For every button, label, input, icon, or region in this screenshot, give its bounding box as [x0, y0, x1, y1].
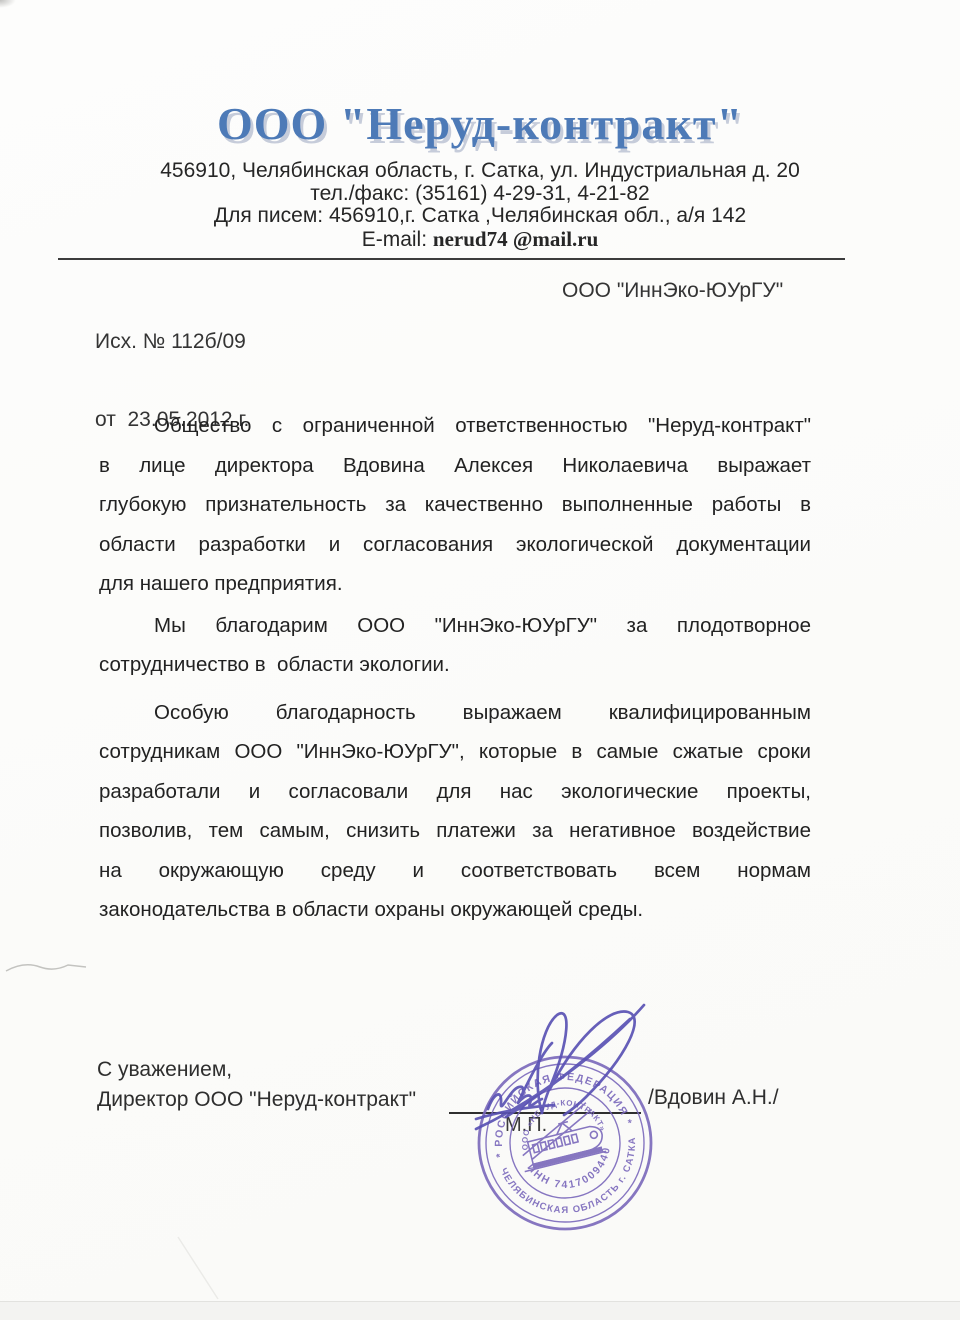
body-line: позволив, тем самым, снизить платежи за …	[99, 811, 811, 851]
letter-paper: ООО "Неруд-контракт" 456910, Челябинская…	[0, 0, 960, 1301]
handwritten-signature	[430, 985, 700, 1160]
body-line: разработали и согласовали для нас эколог…	[99, 772, 811, 812]
paragraph-2: Мы благодарим ООО "ИннЭко-ЮУрГУ" за плод…	[99, 606, 811, 685]
letter-body: Общество с ограниченной ответственностью…	[99, 406, 811, 930]
body-line: Общество с ограниченной ответственностью…	[99, 406, 811, 446]
signer-position: Директор ООО "Неруд-контракт"	[97, 1088, 416, 1112]
body-line: Особую благодарность выражаем квалифицир…	[99, 693, 811, 733]
outgoing-number: Исх. № 112б/09	[95, 329, 249, 355]
paper-crease-mark	[0, 945, 130, 1005]
postal-line: Для писем: 456910,г. Сатка ,Челябинская …	[0, 205, 960, 228]
paper-crease-mark-bottom	[160, 1235, 250, 1301]
scan-corner-smudge	[0, 0, 16, 8]
body-line: сотрудничество в области экологии.	[99, 645, 811, 685]
email-line: E-mail: nerud74 @mail.ru	[0, 228, 960, 252]
recipient: ООО "ИннЭко-ЮУрГУ"	[562, 279, 783, 303]
phone-fax-line: тел./факс: (35161) 4-29-31, 4-21-82	[0, 183, 960, 206]
body-line: на окружающую среду и соответствовать вс…	[99, 851, 811, 891]
body-line: глубокую признательность за качественно …	[99, 485, 811, 525]
scan-edge	[0, 1301, 960, 1320]
body-line: законодательства в области охраны окружа…	[99, 890, 811, 930]
scanned-letter-page: { "letterhead": { "company_title": "ООО …	[0, 0, 960, 1320]
body-line: в лице директора Вдовина Алексея Николае…	[99, 446, 811, 486]
body-line: для нашего предприятия.	[99, 564, 811, 604]
letterhead: ООО "Неруд-контракт" 456910, Челябинская…	[0, 98, 960, 251]
paragraph-1: Общество с ограниченной ответственностью…	[99, 406, 811, 604]
email-label: E-mail:	[362, 228, 427, 251]
company-title: ООО "Неруд-контракт"	[0, 98, 960, 150]
letterhead-divider	[58, 258, 845, 260]
paragraph-3: Особую благодарность выражаем квалифицир…	[99, 693, 811, 930]
address-line-1: 456910, Челябинская область, г. Сатка, у…	[0, 160, 960, 183]
closing-salutation: С уважением,	[97, 1058, 232, 1082]
body-line: сотрудникам ООО "ИннЭко-ЮУрГУ", которые …	[99, 732, 811, 772]
body-line: Мы благодарим ООО "ИннЭко-ЮУрГУ" за плод…	[99, 606, 811, 646]
email-address: nerud74 @mail.ru	[433, 227, 598, 251]
body-line: области разработки и согласования эколог…	[99, 525, 811, 565]
